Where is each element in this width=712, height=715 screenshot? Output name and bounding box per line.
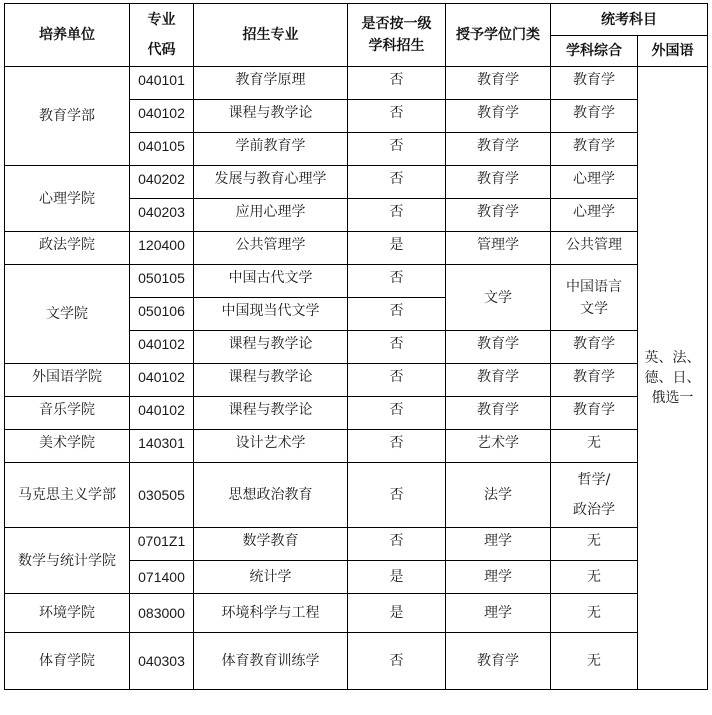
first-level-cell: 否	[348, 166, 446, 199]
code-cell: 040102	[130, 331, 194, 364]
major-cell: 课程与教学论	[194, 397, 348, 430]
header-first-level-line2: 学科招生	[348, 35, 445, 57]
unit-cell: 数学与统计学院	[5, 528, 130, 594]
unit-cell: 环境学院	[5, 594, 130, 633]
unit-cell: 美术学院	[5, 430, 130, 463]
code-cell: 040202	[130, 166, 194, 199]
subject-cell: 无	[551, 528, 638, 561]
degree-cell: 教育学	[446, 397, 551, 430]
table-row: 环境学院 083000 环境科学与工程 是 理学 无	[5, 594, 708, 633]
first-level-cell: 是	[348, 594, 446, 633]
first-level-cell: 否	[348, 364, 446, 397]
first-level-cell: 否	[348, 397, 446, 430]
header-subject-comprehensive: 学科综合	[551, 36, 638, 67]
header-major: 招生专业	[194, 4, 348, 67]
header-unified-exam: 统考科目	[551, 4, 708, 36]
degree-cell: 教育学	[446, 67, 551, 100]
admissions-table: 培养单位 专业 代码 招生专业 是否按一级 学科招生 授予学位门类 统考科目 学…	[4, 3, 708, 690]
unit-cell: 心理学院	[5, 166, 130, 232]
code-cell: 030505	[130, 463, 194, 528]
major-cell: 课程与教学论	[194, 364, 348, 397]
major-cell: 思想政治教育	[194, 463, 348, 528]
subject-line1: 中国语言	[551, 276, 637, 298]
first-level-cell: 否	[348, 298, 446, 331]
major-cell: 中国现当代文学	[194, 298, 348, 331]
code-cell: 083000	[130, 594, 194, 633]
degree-cell: 管理学	[446, 232, 551, 265]
unit-cell: 政法学院	[5, 232, 130, 265]
code-cell: 040101	[130, 67, 194, 100]
table-row: 心理学院 040202 发展与教育心理学 否 教育学 心理学	[5, 166, 708, 199]
subject-cell: 心理学	[551, 166, 638, 199]
first-level-cell: 否	[348, 133, 446, 166]
header-first-level-line1: 是否按一级	[348, 13, 445, 35]
code-cell: 050106	[130, 298, 194, 331]
degree-cell: 教育学	[446, 100, 551, 133]
subject-cell: 教育学	[551, 331, 638, 364]
code-cell: 040203	[130, 199, 194, 232]
major-cell: 学前教育学	[194, 133, 348, 166]
subject-cell: 公共管理	[551, 232, 638, 265]
unit-cell: 马克思主义学部	[5, 463, 130, 528]
degree-cell: 教育学	[446, 633, 551, 690]
code-cell: 120400	[130, 232, 194, 265]
subject-cell: 教育学	[551, 100, 638, 133]
table-row: 美术学院 140301 设计艺术学 否 艺术学 无	[5, 430, 708, 463]
subject-line2: 文学	[551, 298, 637, 320]
major-cell: 应用心理学	[194, 199, 348, 232]
major-cell: 数学教育	[194, 528, 348, 561]
first-level-cell: 否	[348, 265, 446, 298]
major-cell: 发展与教育心理学	[194, 166, 348, 199]
table-row: 教育学部 040101 教育学原理 否 教育学 教育学 英、法、德、日、俄选一	[5, 67, 708, 100]
foreign-language-cell: 英、法、德、日、俄选一	[638, 67, 708, 690]
code-cell: 040105	[130, 133, 194, 166]
code-cell: 0701Z1	[130, 528, 194, 561]
degree-cell: 教育学	[446, 364, 551, 397]
first-level-cell: 否	[348, 199, 446, 232]
subject-cell: 教育学	[551, 397, 638, 430]
header-code: 专业 代码	[130, 4, 194, 67]
code-cell: 040303	[130, 633, 194, 690]
degree-cell: 理学	[446, 594, 551, 633]
header-foreign-language: 外国语	[638, 36, 708, 67]
first-level-cell: 否	[348, 331, 446, 364]
header-code-line1: 专业	[130, 5, 193, 35]
subject-cell: 无	[551, 430, 638, 463]
major-cell: 教育学原理	[194, 67, 348, 100]
subject-cell: 中国语言 文学	[551, 265, 638, 331]
degree-cell: 教育学	[446, 199, 551, 232]
table-row: 政法学院 120400 公共管理学 是 管理学 公共管理	[5, 232, 708, 265]
table-row: 体育学院 040303 体育教育训练学 否 教育学 无	[5, 633, 708, 690]
subject-cell: 教育学	[551, 67, 638, 100]
first-level-cell: 是	[348, 561, 446, 594]
major-cell: 设计艺术学	[194, 430, 348, 463]
unit-cell: 文学院	[5, 265, 130, 364]
table-row: 音乐学院 040102 课程与教学论 否 教育学 教育学	[5, 397, 708, 430]
subject-cell: 无	[551, 633, 638, 690]
subject-line1: 哲学/	[551, 465, 637, 495]
major-cell: 体育教育训练学	[194, 633, 348, 690]
first-level-cell: 否	[348, 100, 446, 133]
unit-cell: 教育学部	[5, 67, 130, 166]
subject-cell: 教育学	[551, 364, 638, 397]
code-cell: 040102	[130, 364, 194, 397]
table-row: 文学院 050105 中国古代文学 否 文学 中国语言 文学	[5, 265, 708, 298]
major-cell: 统计学	[194, 561, 348, 594]
subject-line2: 政治学	[551, 495, 637, 525]
major-cell: 课程与教学论	[194, 100, 348, 133]
unit-cell: 音乐学院	[5, 397, 130, 430]
subject-cell: 教育学	[551, 133, 638, 166]
degree-cell: 教育学	[446, 331, 551, 364]
degree-cell: 教育学	[446, 166, 551, 199]
unit-cell: 体育学院	[5, 633, 130, 690]
header-degree-category: 授予学位门类	[446, 4, 551, 67]
header-unit: 培养单位	[5, 4, 130, 67]
major-cell: 环境科学与工程	[194, 594, 348, 633]
header-first-level: 是否按一级 学科招生	[348, 4, 446, 67]
degree-cell: 理学	[446, 528, 551, 561]
subject-cell: 哲学/ 政治学	[551, 463, 638, 528]
code-cell: 050105	[130, 265, 194, 298]
table-row: 数学与统计学院 0701Z1 数学教育 否 理学 无	[5, 528, 708, 561]
code-cell: 040102	[130, 397, 194, 430]
first-level-cell: 否	[348, 633, 446, 690]
major-cell: 中国古代文学	[194, 265, 348, 298]
degree-cell: 理学	[446, 561, 551, 594]
code-cell: 071400	[130, 561, 194, 594]
degree-cell: 教育学	[446, 133, 551, 166]
subject-cell: 无	[551, 594, 638, 633]
degree-cell: 法学	[446, 463, 551, 528]
code-cell: 040102	[130, 100, 194, 133]
first-level-cell: 否	[348, 528, 446, 561]
header-code-line2: 代码	[130, 35, 193, 65]
major-cell: 公共管理学	[194, 232, 348, 265]
table-row: 马克思主义学部 030505 思想政治教育 否 法学 哲学/ 政治学	[5, 463, 708, 528]
first-level-cell: 否	[348, 463, 446, 528]
subject-cell: 无	[551, 561, 638, 594]
unit-cell: 外国语学院	[5, 364, 130, 397]
major-cell: 课程与教学论	[194, 331, 348, 364]
first-level-cell: 否	[348, 67, 446, 100]
first-level-cell: 是	[348, 232, 446, 265]
subject-cell: 心理学	[551, 199, 638, 232]
first-level-cell: 否	[348, 430, 446, 463]
degree-cell: 艺术学	[446, 430, 551, 463]
degree-cell: 文学	[446, 265, 551, 331]
table-row: 外国语学院 040102 课程与教学论 否 教育学 教育学	[5, 364, 708, 397]
code-cell: 140301	[130, 430, 194, 463]
